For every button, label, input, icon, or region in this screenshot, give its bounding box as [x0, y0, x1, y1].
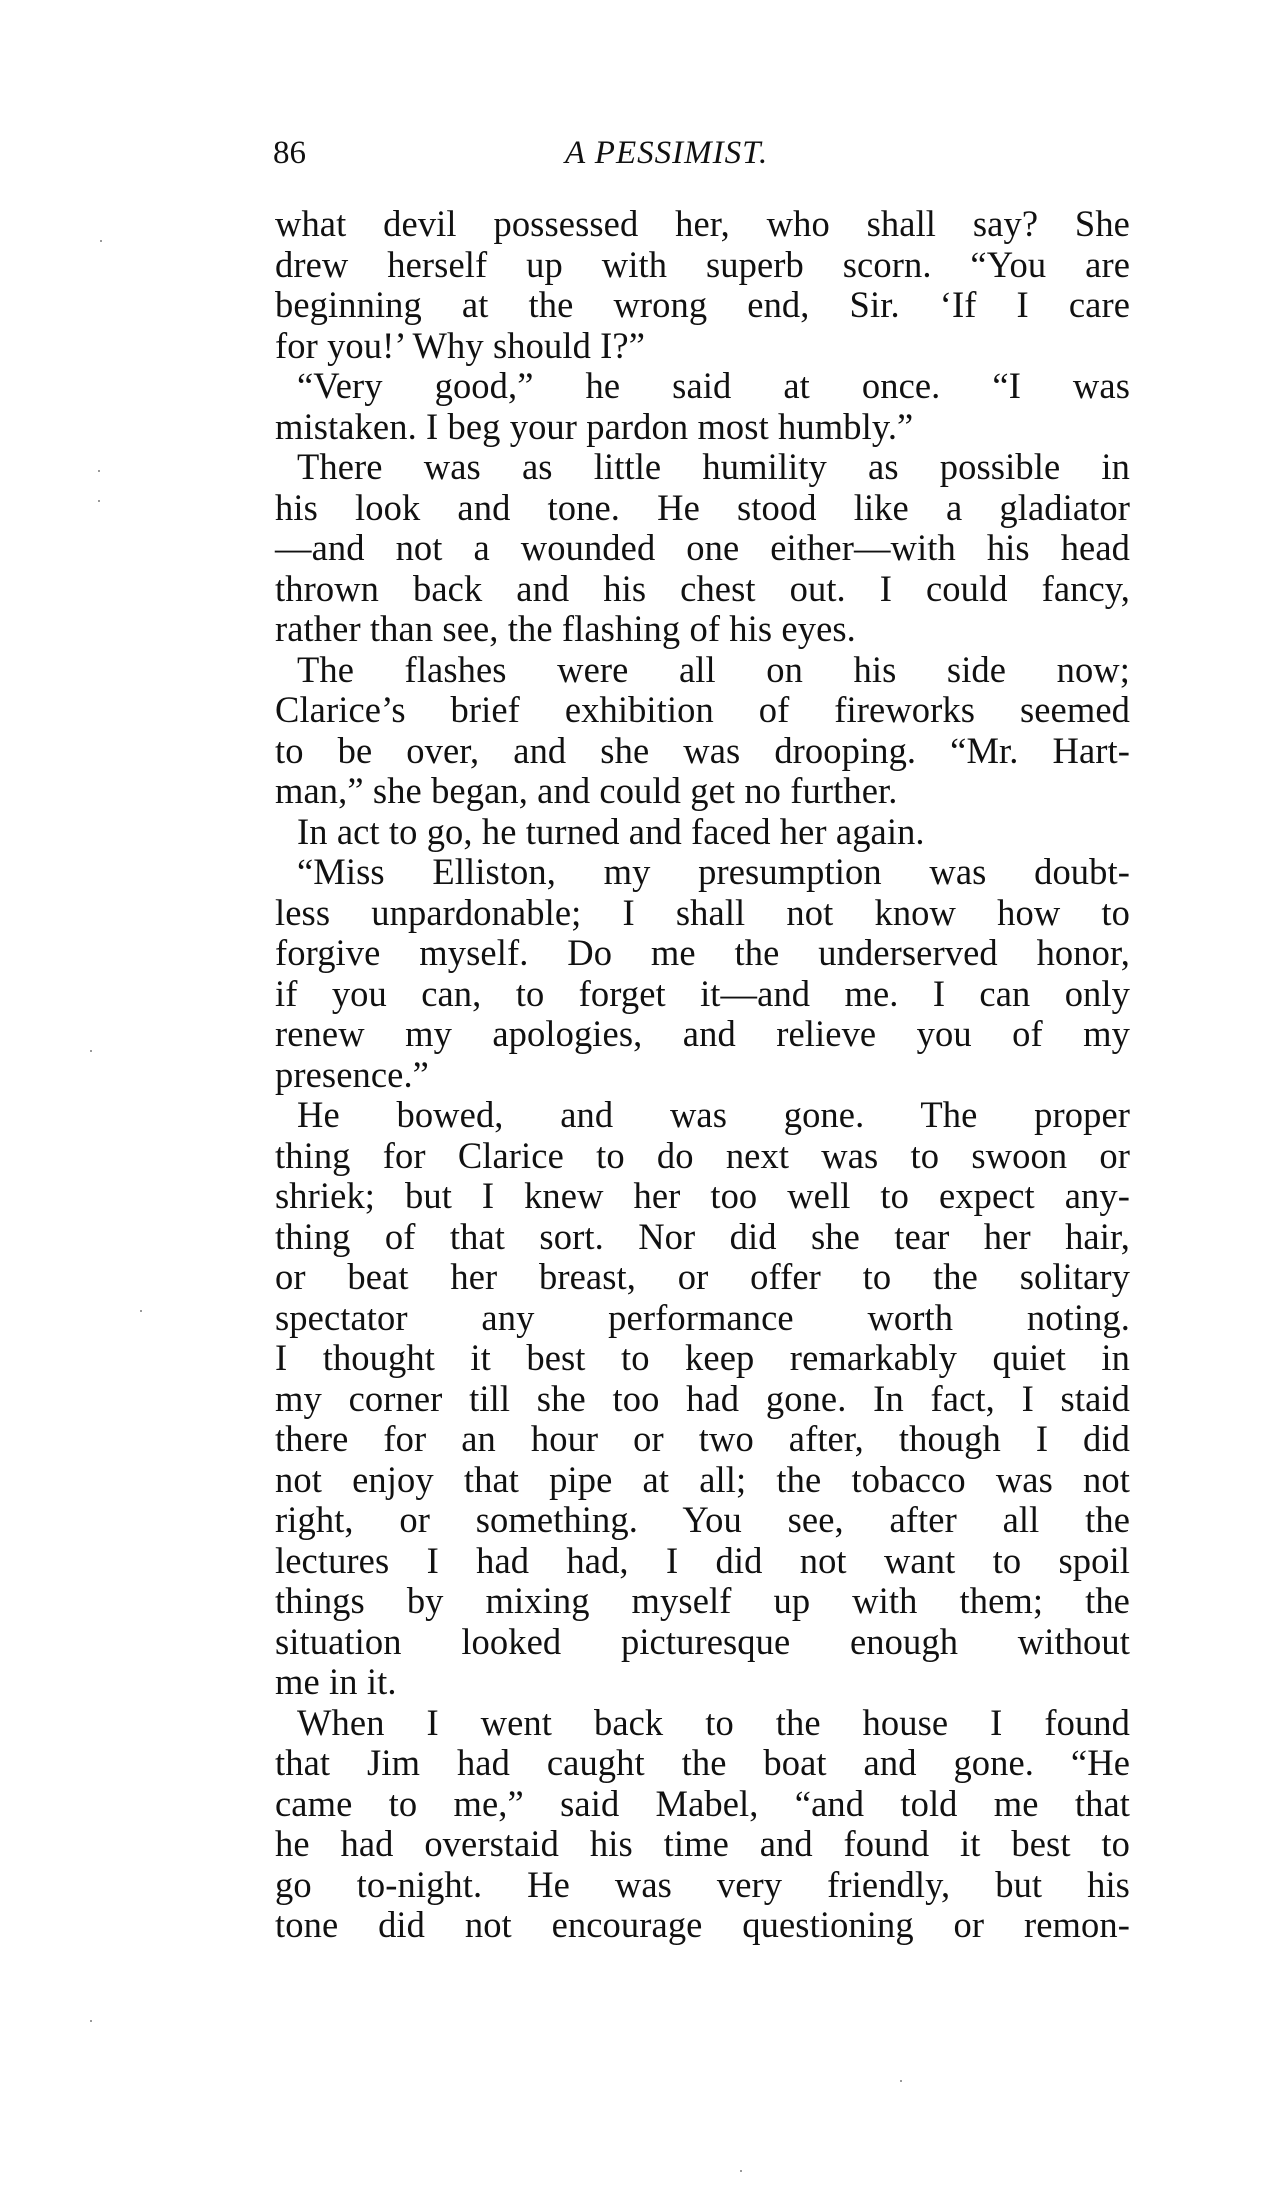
- scan-speck: [98, 500, 100, 502]
- text-line: thing for Clarice to do next was to swoo…: [275, 1136, 1130, 1177]
- text-line: thrown back and his chest out. I could f…: [275, 569, 1130, 610]
- scan-speck: [740, 2170, 742, 2172]
- text-line: lectures I had had, I did not want to sp…: [275, 1541, 1130, 1582]
- book-page: 86 A PESSIMIST. what devil possessed her…: [0, 0, 1272, 2206]
- text-line: There was as little humility as possible…: [275, 447, 1130, 488]
- text-line: situation looked picturesque enough with…: [275, 1622, 1130, 1663]
- running-title: A PESSIMIST.: [565, 133, 768, 173]
- text-line: my corner till she too had gone. In fact…: [275, 1379, 1130, 1420]
- text-line: if you can, to forget it—and me. I can o…: [275, 974, 1130, 1015]
- text-line: me in it.: [275, 1662, 1130, 1703]
- text-line: Clarice’s brief exhibition of fireworks …: [275, 690, 1130, 731]
- text-line: not enjoy that pipe at all; the tobacco …: [275, 1460, 1130, 1501]
- text-line: there for an hour or two after, though I…: [275, 1419, 1130, 1460]
- text-line: In act to go, he turned and faced her ag…: [275, 812, 1130, 853]
- text-line: “Very good,” he said at once. “I was: [275, 366, 1130, 407]
- scan-speck: [98, 470, 100, 472]
- text-line: When I went back to the house I found: [275, 1703, 1130, 1744]
- text-line: mistaken. I beg your pardon most humbly.…: [275, 407, 1130, 448]
- text-line: that Jim had caught the boat and gone. “…: [275, 1743, 1130, 1784]
- text-line: renew my apologies, and relieve you of m…: [275, 1014, 1130, 1055]
- text-line: go to-night. He was very friendly, but h…: [275, 1865, 1130, 1906]
- text-line: I thought it best to keep remarkably qui…: [275, 1338, 1130, 1379]
- scan-speck: [100, 240, 102, 242]
- text-line: “Miss Elliston, my presumption was doubt…: [275, 852, 1130, 893]
- body-text: what devil possessed her, who shall say?…: [275, 204, 1130, 1946]
- text-line: spectator any performance worth noting.: [275, 1298, 1130, 1339]
- scan-speck: [90, 2020, 92, 2022]
- text-line: for you!’ Why should I?”: [275, 326, 1130, 367]
- text-line: less unpardonable; I shall not know how …: [275, 893, 1130, 934]
- text-line: presence.”: [275, 1055, 1130, 1096]
- scan-speck: [900, 2080, 902, 2082]
- text-line: he had overstaid his time and found it b…: [275, 1824, 1130, 1865]
- text-line: beginning at the wrong end, Sir. ‘If I c…: [275, 285, 1130, 326]
- text-line: right, or something. You see, after all …: [275, 1500, 1130, 1541]
- text-line: The flashes were all on his side now;: [275, 650, 1130, 691]
- text-line: shriek; but I knew her too well to expec…: [275, 1176, 1130, 1217]
- scan-speck: [140, 1310, 142, 1312]
- text-line: —and not a wounded one either—with his h…: [275, 528, 1130, 569]
- text-line: things by mixing myself up with them; th…: [275, 1581, 1130, 1622]
- running-head: 86 A PESSIMIST.: [273, 133, 1130, 173]
- text-line: to be over, and she was drooping. “Mr. H…: [275, 731, 1130, 772]
- scan-speck: [90, 1050, 92, 1052]
- text-line: forgive myself. Do me the underserved ho…: [275, 933, 1130, 974]
- text-line: or beat her breast, or offer to the soli…: [275, 1257, 1130, 1298]
- text-line: his look and tone. He stood like a gladi…: [275, 488, 1130, 529]
- page-number: 86: [273, 133, 306, 173]
- text-line: what devil possessed her, who shall say?…: [275, 204, 1130, 245]
- text-line: He bowed, and was gone. The proper: [275, 1095, 1130, 1136]
- text-line: drew herself up with superb scorn. “You …: [275, 245, 1130, 286]
- text-line: came to me,” said Mabel, “and told me th…: [275, 1784, 1130, 1825]
- text-line: thing of that sort. Nor did she tear her…: [275, 1217, 1130, 1258]
- text-line: tone did not encourage questioning or re…: [275, 1905, 1130, 1946]
- text-line: rather than see, the flashing of his eye…: [275, 609, 1130, 650]
- text-line: man,” she began, and could get no furthe…: [275, 771, 1130, 812]
